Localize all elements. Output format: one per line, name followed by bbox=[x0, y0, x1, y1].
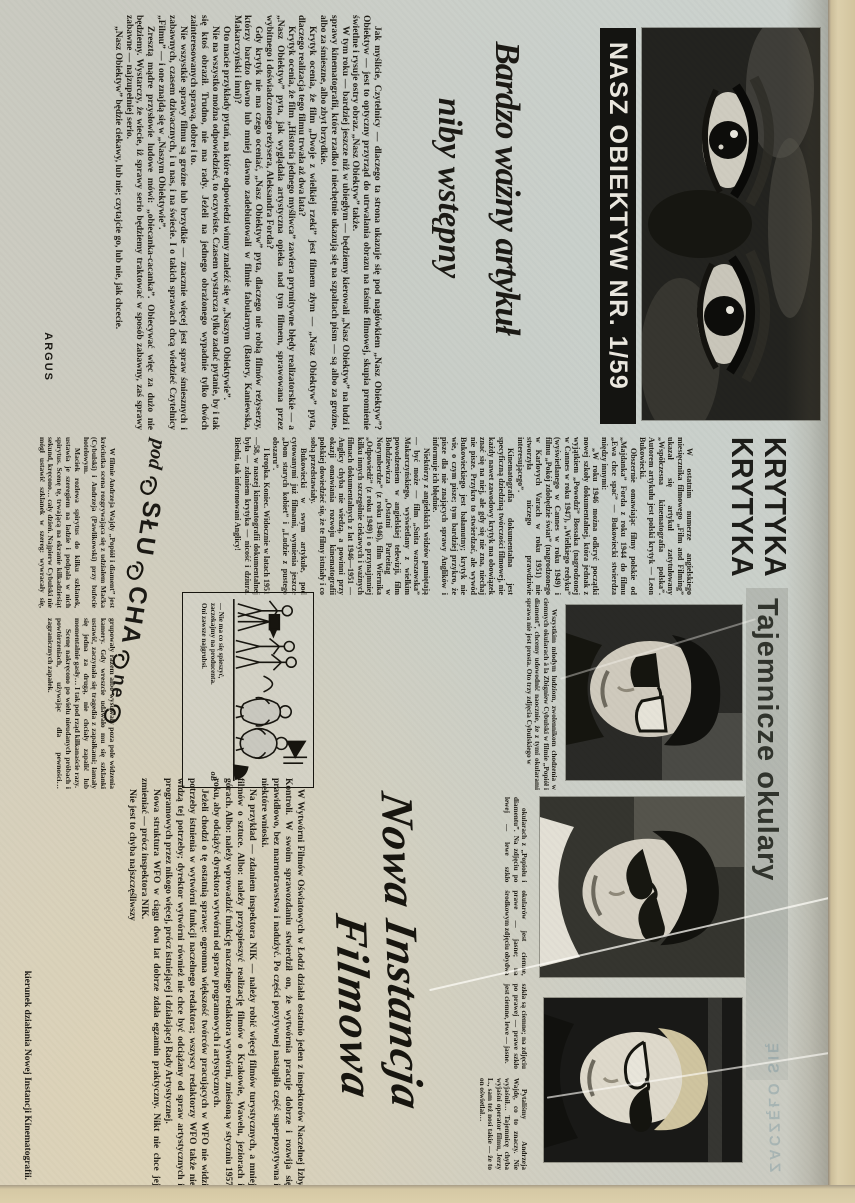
paragraph: Na przykład — zdaniem inspektora NIK — n… bbox=[210, 778, 258, 1186]
paragraph: Krytyk ocenia, że film „Dwoje z wielkiej… bbox=[296, 15, 318, 430]
podsluchane-body: W filmie Andrzeja Wajdy „Popiół i diamen… bbox=[4, 437, 116, 789]
okulary-headline-ribbon: Tajemnicze okulary bbox=[746, 588, 788, 1080]
caption-side-text: Pytaliśmy Andrzeja Wajdę, co to znaczy. … bbox=[478, 1078, 528, 1170]
instancja-headline: Nowa Instancja Filmowa bbox=[321, 780, 434, 1180]
cartoon-caption-line-3: Oni zawsze najgrubsi. bbox=[200, 603, 208, 781]
paragraph: Nie wszystkie sprawy filmu są groźne lub… bbox=[155, 15, 187, 430]
krytyka-header: KRYTYKA KRYTYKA bbox=[726, 437, 792, 577]
cartoon-caption: — Nie ma co się spieszyć, zaczekajmy na … bbox=[198, 593, 226, 787]
adjacent-page-edge-bottom bbox=[0, 1185, 855, 1203]
portrait-photo-right bbox=[544, 998, 742, 1162]
instancja-body: W Wytwórni Filmów Oświatowych w Łodzi dz… bbox=[30, 778, 306, 1186]
ear-icon bbox=[138, 473, 159, 498]
cartoon-caption-line-2: zaczekajmy na producenta. bbox=[209, 603, 217, 781]
paragraph: Oto macie przykłady pytań, na które odpo… bbox=[220, 15, 231, 430]
lead-article-headline: Bardzo ważny artykuł niby wstępny bbox=[420, 18, 536, 358]
paragraph: Scenę nakręcono po wielu nieudanych prób… bbox=[46, 618, 72, 789]
paragraph: W ostatnim numerze angielskiego miesięcz… bbox=[638, 437, 694, 595]
eyes-illustration bbox=[642, 28, 820, 420]
podsluchane-title-seg-2: CHA bbox=[115, 584, 153, 648]
paragraph: Niektórzy z angielskich widzów pamiętają… bbox=[308, 437, 430, 595]
photo-caption-intro: Wszystkim młodym ludziom, zwolennikom ch… bbox=[478, 598, 558, 790]
paragraph: Obszernie omawiając filmy polskie od „Ma… bbox=[600, 437, 638, 595]
paragraph: Jak myślicie, Czytelnicy — dlaczego ta s… bbox=[350, 15, 382, 430]
krytyka-header-line-2: KRYTYKA bbox=[726, 437, 759, 577]
paragraph: Nie na wszystko można odpowiedzieć, to o… bbox=[188, 15, 220, 430]
caption-intro-text: Wszystkim młodym ludziom, zwolennikom ch… bbox=[524, 598, 558, 790]
caption-detail-text: okularach z „Popiołu i diamentu”. Na zdj… bbox=[503, 797, 528, 1069]
paragraph: W Wytwórni Filmów Oświatowych w Łodzi dz… bbox=[258, 778, 306, 1186]
portrait-photo-left bbox=[566, 605, 742, 780]
portrait-right-illustration bbox=[544, 998, 742, 1162]
headline-line-2: niby wstępny bbox=[420, 18, 478, 358]
adjacent-page-edge-right bbox=[828, 0, 855, 1203]
newspaper-sheet: NASZ OBIEKTYW NR. 1/59 Bardzo ważny arty… bbox=[0, 0, 828, 1185]
paragraph: „Nasz Obiektyw” będzie ciekawy, lub nie;… bbox=[112, 15, 123, 430]
portrait-left-illustration bbox=[566, 605, 742, 780]
photo-caption-side: Pytaliśmy Andrzeja Wajdę, co to znaczy. … bbox=[430, 1078, 528, 1170]
paragraph: Nie jest to chyba najszczęśliwszy bbox=[126, 778, 138, 1186]
ear-icon bbox=[125, 558, 146, 583]
paragraph: Bukowiecki w swym artykule, pod cytowany… bbox=[271, 437, 309, 595]
paragraph: I kropka. Koniec. Widocznie w latach 195… bbox=[233, 437, 271, 595]
eyes-photo bbox=[642, 28, 820, 420]
cartoon-frame: — Nie ma co się spieszyć, zaczekajmy na … bbox=[182, 592, 314, 788]
okulary-headline: Tajemnicze okulary bbox=[751, 598, 784, 881]
section-banner: NASZ OBIEKTYW NR. 1/59 bbox=[600, 28, 636, 424]
paragraph: Krytyk ocenia, że film „Historia jednego… bbox=[263, 15, 295, 430]
lead-article-body: Jak myślicie, Czytelnicy — dlaczego ta s… bbox=[14, 15, 382, 430]
paragraph: W filmie Andrzeja Wajdy „Popiół i diamen… bbox=[81, 437, 116, 608]
section-banner-label: NASZ OBIEKTYW NR. 1/59 bbox=[604, 42, 633, 390]
portrait-middle-illustration bbox=[540, 797, 744, 977]
paragraph: „W roku 1946 można odkryć początki nowej… bbox=[515, 437, 600, 595]
scanned-newspaper-page: NASZ OBIEKTYW NR. 1/59 Bardzo ważny arty… bbox=[0, 0, 855, 1203]
podsluchane-title-prefix: pod bbox=[142, 438, 169, 471]
cartoon-caption-line-1: — Nie ma co się spieszyć, bbox=[217, 603, 225, 781]
krytyka-column: W ostatnim numerze angielskiego miesięcz… bbox=[186, 437, 694, 595]
paragraph: Jeżeli chodzi o tę ostatnią sprawę: ogro… bbox=[162, 778, 210, 1186]
print-through-ghost-text: ZACZĘŁO SIĘ bbox=[764, 1040, 783, 1172]
cartoon-drawing bbox=[226, 593, 313, 787]
paragraph: Kinematografia dokumentalna jest specyfi… bbox=[431, 437, 516, 595]
krytyka-header-line-1: KRYTYKA bbox=[759, 437, 792, 577]
paragraph: W tym roku — bardziej jeszcze niż w ubie… bbox=[317, 15, 349, 430]
paragraph: Zresztą mądre przysłowie ludowe mówi: „o… bbox=[123, 15, 155, 430]
portrait-photo-middle bbox=[540, 797, 744, 977]
paragraph: Nowa struktura WFO w ciągu dwu lat dobrz… bbox=[138, 778, 162, 1186]
headline-line-1: Bardzo ważny artykuł bbox=[478, 18, 536, 358]
photo-caption-detail: okularach z „Popiołu i diamentu”. Na zdj… bbox=[430, 797, 528, 1069]
instancja-headline-line-2: Filmowa bbox=[326, 911, 385, 1172]
paragraph: Gdy krytyk nie ma czego oceniać, „Nasz O… bbox=[231, 15, 263, 430]
podsluchane-title-seg-1: SŁU bbox=[129, 499, 166, 559]
author-signature: ARGUS bbox=[42, 15, 54, 430]
instancja-closing-line: kierunek działania Nowej Instancji Kinem… bbox=[22, 778, 32, 1186]
